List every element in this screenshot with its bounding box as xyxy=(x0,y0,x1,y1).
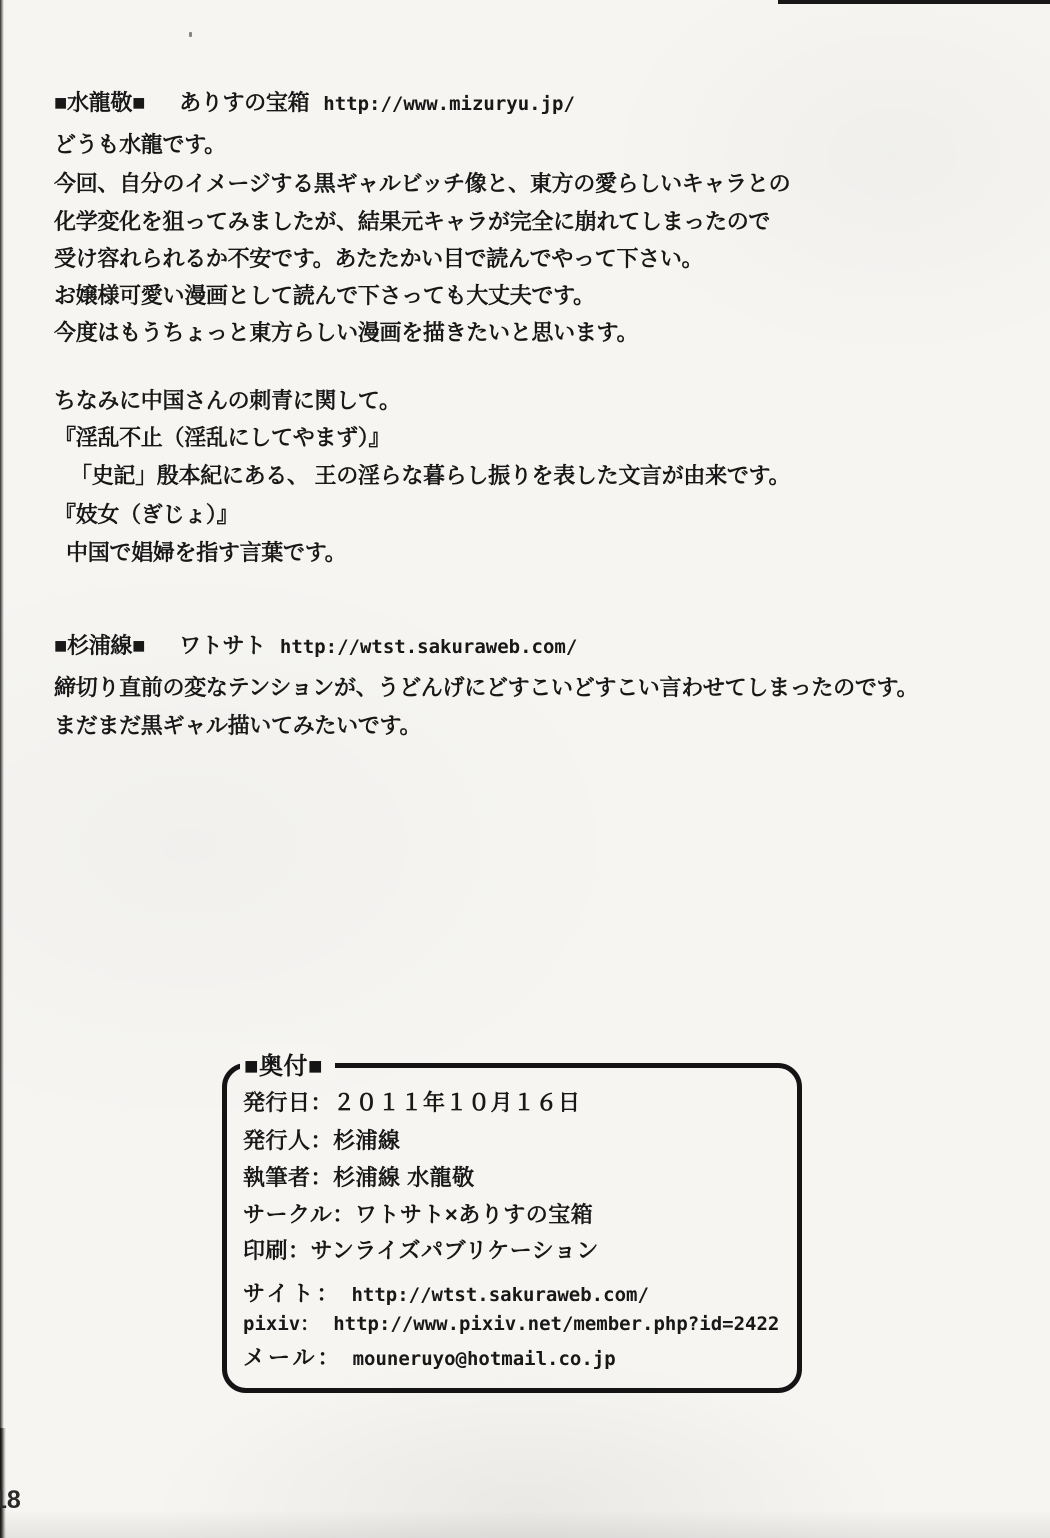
colophon-site-row: サイト：http://wtst.sakuraweb.com/ xyxy=(243,1277,649,1308)
mizuryu-url: http://www.mizuryu.jp/ xyxy=(323,93,575,115)
colophon-authors: 執筆者：杉浦線 水龍敬 xyxy=(243,1161,475,1192)
sugiura-author-name: ■杉浦線■ xyxy=(54,633,145,658)
tattoo-note-line: 『妓女（ぎじょ）』 xyxy=(54,498,238,529)
colophon-circle: サークル：ワトサト×ありすの宝箱 xyxy=(243,1198,593,1229)
mizuryu-line: お嬢様可愛い漫画として読んで下さっても大丈夫です。 xyxy=(54,279,595,310)
mizuryu-circle-name: ありすの宝箱 xyxy=(179,90,309,115)
sugiura-line: 締切り直前の変なテンションが、うどんげにどすこいどすこい言わせてしまったのです。 xyxy=(54,671,918,702)
tattoo-note-line: 「史記」殷本紀にある、 王の淫らな暮らし振りを表した文言が由来です。 xyxy=(70,459,790,490)
colophon-title: ■奥付■ xyxy=(240,1046,335,1081)
colophon-pixiv-label: pixiv： xyxy=(243,1313,319,1335)
sugiura-url: http://wtst.sakuraweb.com/ xyxy=(280,636,577,658)
mizuryu-line: 受け容れられるか不安です。あたたかい目で読んでやって下さい。 xyxy=(54,242,703,273)
colophon-site-label: サイト： xyxy=(243,1281,341,1306)
colophon-pixiv-row: pixiv：http://www.pixiv.net/member.php?id… xyxy=(243,1309,779,1336)
scan-speck xyxy=(189,32,192,37)
mizuryu-header: ■水龍敬■ありすの宝箱http://www.mizuryu.jp/ xyxy=(54,86,575,117)
sugiura-header: ■杉浦線■ワトサトhttp://wtst.sakuraweb.com/ xyxy=(54,629,577,660)
sugiura-circle-name: ワトサト xyxy=(179,633,266,658)
page-number: 18 xyxy=(0,1486,21,1515)
colophon-printer: 印刷：サンライズパブリケーション xyxy=(243,1234,599,1265)
scan-edge-left xyxy=(0,0,4,1538)
colophon-site-url: http://wtst.sakuraweb.com/ xyxy=(351,1284,648,1306)
colophon-mail-label: メール： xyxy=(243,1345,343,1370)
tattoo-note-line: 中国で娼婦を指す言葉です。 xyxy=(66,536,346,567)
colophon-mail-value: mouneruyo@hotmail.co.jp xyxy=(353,1348,616,1370)
scan-edge-top-right xyxy=(778,0,1050,4)
tattoo-note-line: 『淫乱不止（淫乱にしてやまず）』 xyxy=(54,421,390,452)
mizuryu-line: 今回、自分のイメージする黒ギャルビッチ像と、東方の愛らしいキャラとの xyxy=(54,167,790,198)
colophon-mail-row: メール：mouneruyo@hotmail.co.jp xyxy=(243,1341,616,1372)
colophon-publisher: 発行人：杉浦線 xyxy=(243,1124,401,1155)
scan-bottom-smudge xyxy=(0,1510,1050,1538)
tattoo-note-line: ちなみに中国さんの刺青に関して。 xyxy=(54,384,401,415)
mizuryu-author-name: ■水龍敬■ xyxy=(54,90,145,115)
colophon-pixiv-url: http://www.pixiv.net/member.php?id=2422 xyxy=(333,1313,779,1335)
mizuryu-line: 化学変化を狙ってみましたが、結果元キャラが完全に崩れてしまったので xyxy=(54,205,770,236)
mizuryu-line: 今度はもうちょっと東方らしい漫画を描きたいと思います。 xyxy=(54,316,638,347)
sugiura-line: まだまだ黒ギャル描いてみたいです。 xyxy=(54,709,421,740)
scanned-afterword-page: 18 ■水龍敬■ありすの宝箱http://www.mizuryu.jp/ どうも… xyxy=(0,0,1050,1538)
colophon-date: 発行日：２０１１年１０月１６日 xyxy=(243,1086,581,1117)
mizuryu-line: どうも水龍です。 xyxy=(54,128,226,159)
